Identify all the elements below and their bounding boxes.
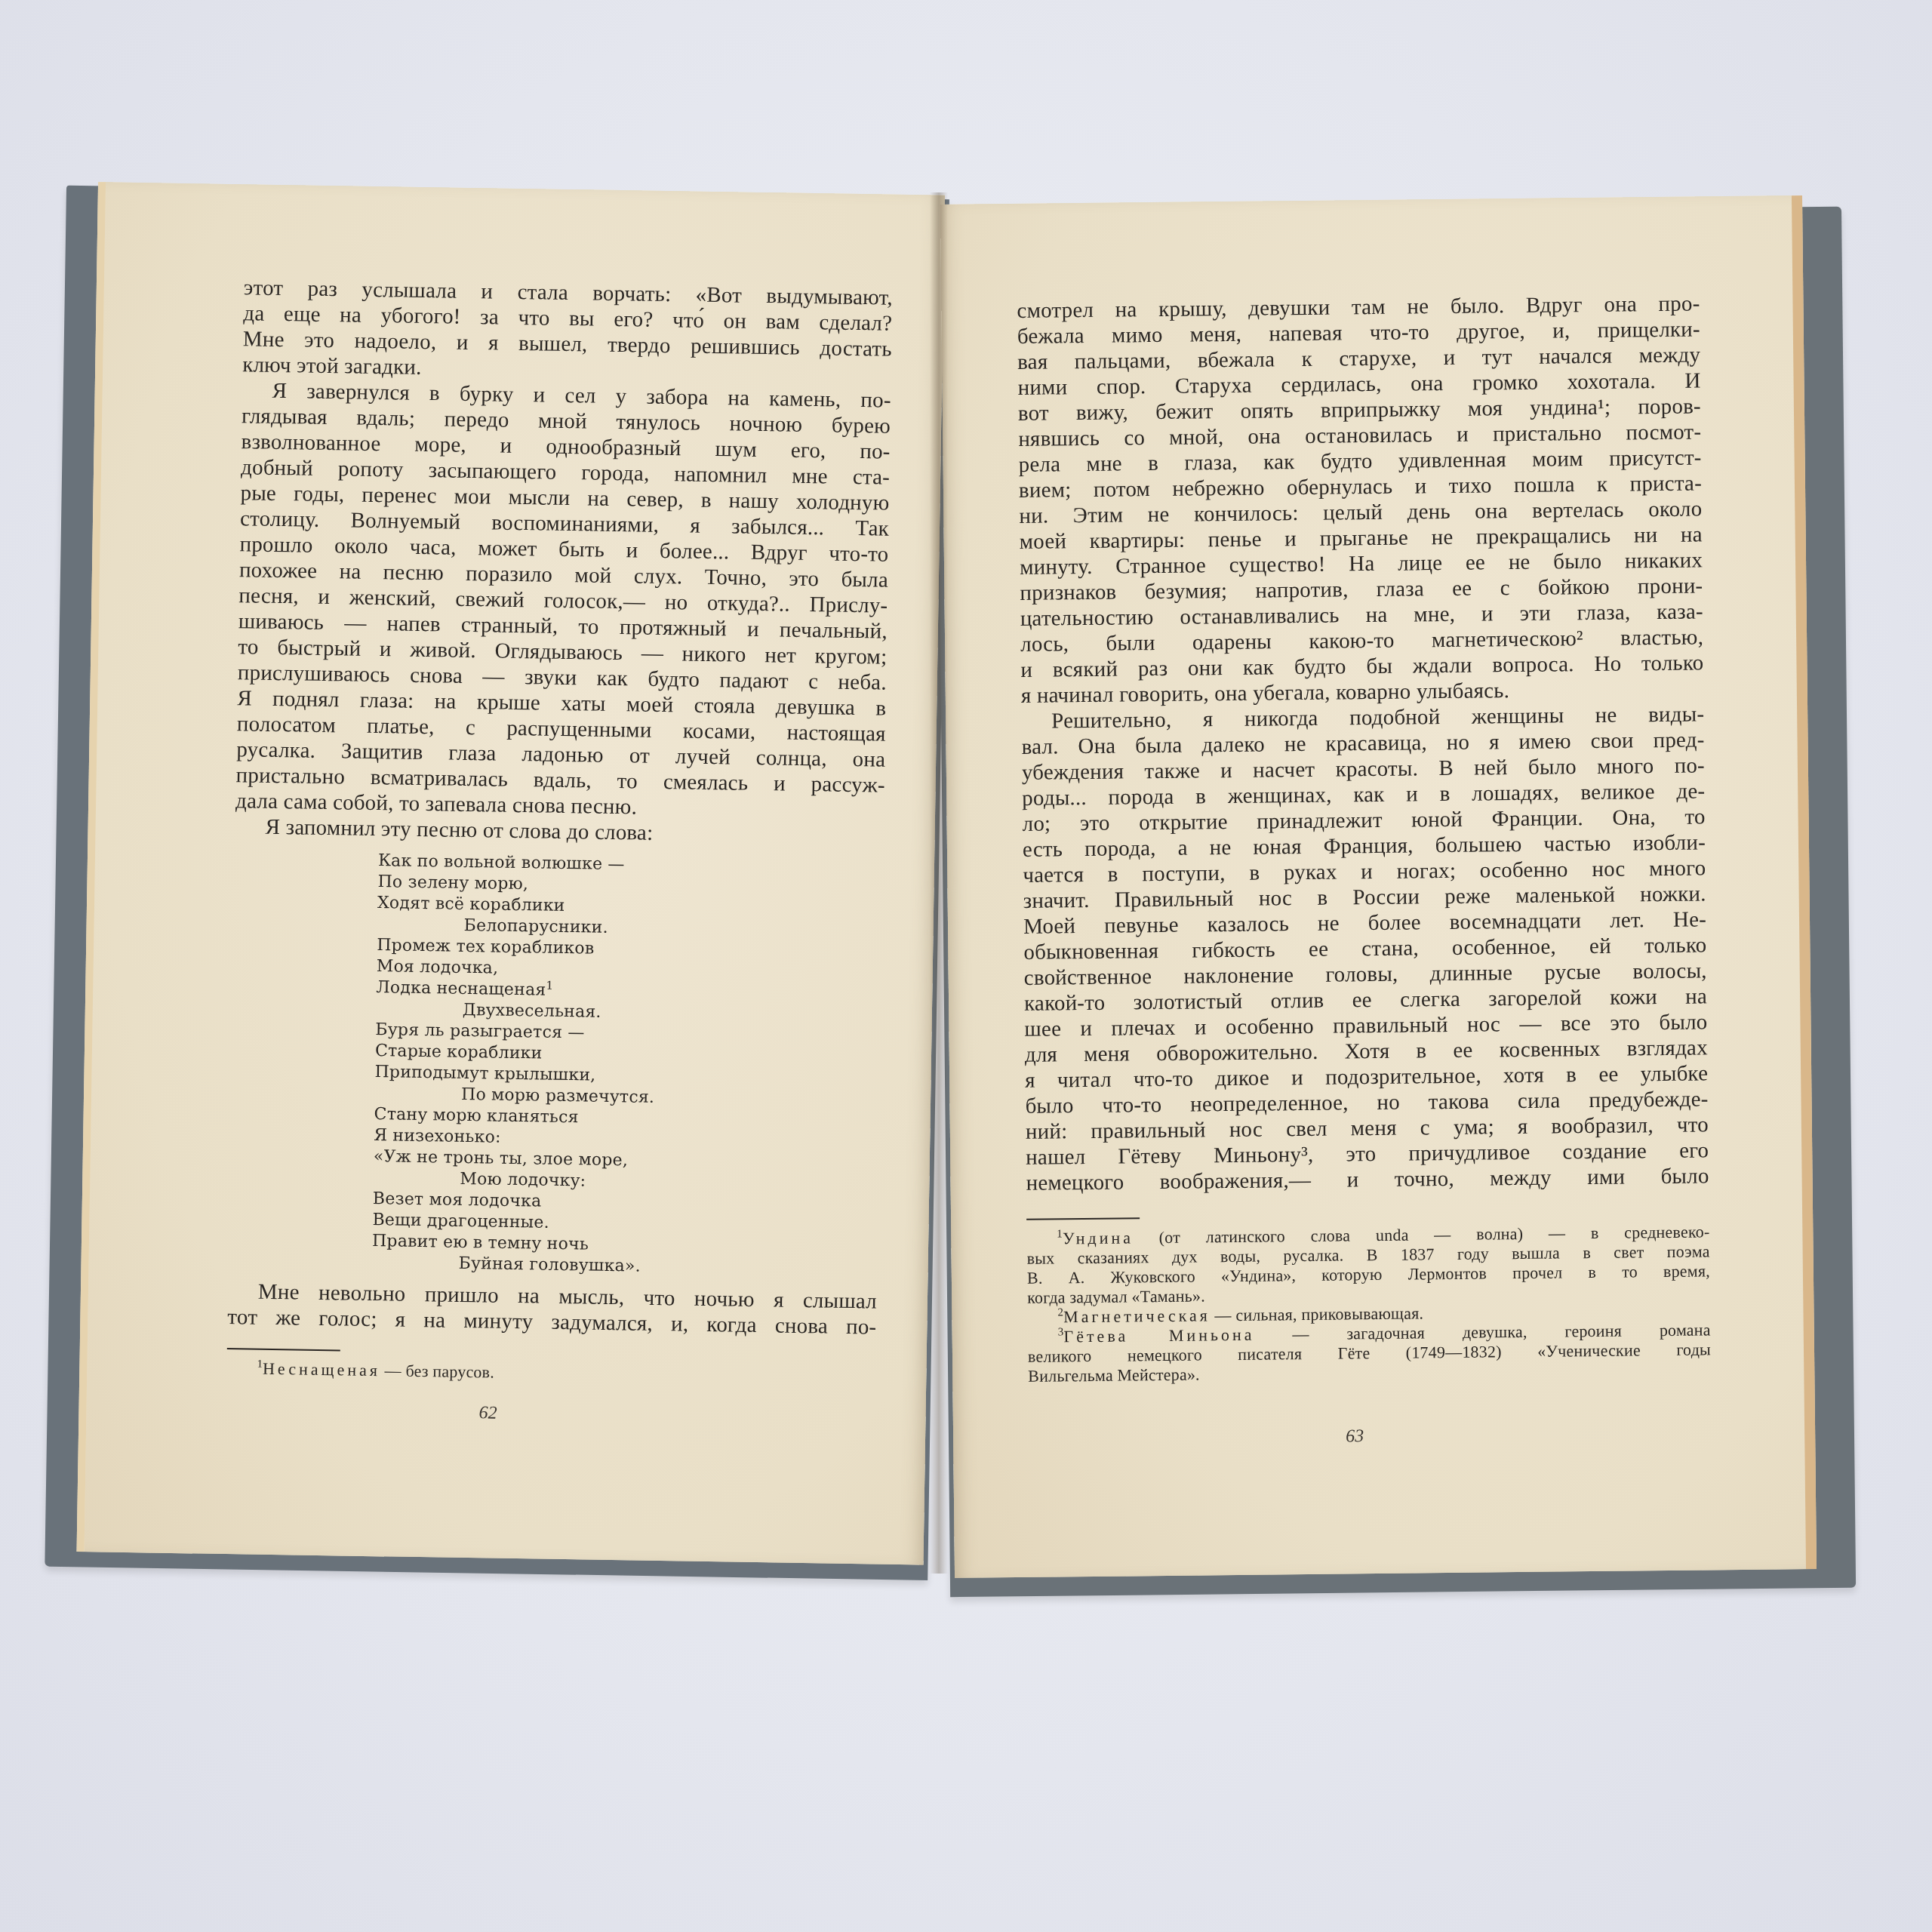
footnote-1: 1Неснащеная — без парусов.	[226, 1358, 875, 1389]
footnote-term: Ундина	[1063, 1228, 1134, 1247]
footnote-3: 3Гётева Миньона — загадочная девушка, ге…	[1028, 1320, 1712, 1386]
footnote-marker: 2	[1057, 1306, 1063, 1318]
right-page-text: смотрел на крышу, девушки там не было. В…	[1017, 291, 1711, 1386]
footnote-term: Гётева Миньона	[1063, 1325, 1254, 1346]
footnote-definition: — без парусов.	[380, 1361, 494, 1381]
footnote-divider	[1026, 1217, 1140, 1220]
page-number-left: 62	[478, 1403, 497, 1423]
footnote-marker: 1	[1057, 1228, 1063, 1240]
footnote-1: 1Ундина (от латинского слова unda — волн…	[1026, 1222, 1710, 1307]
left-page-text: этот раз услышала и стала ворчать: «Вот …	[226, 275, 893, 1388]
footnote-divider	[227, 1348, 340, 1351]
footnote-ref: 1	[546, 979, 553, 992]
left-page: этот раз услышала и стала ворчать: «Вот …	[77, 182, 945, 1564]
song-poem: Как по вольной волюшке — По зелену морю,…	[371, 851, 884, 1281]
footnote-marker: 3	[1058, 1326, 1064, 1338]
poem-line-text: Лодка неснащеная	[376, 978, 546, 1000]
footnote-text: — сильная, приковывающая.	[1211, 1303, 1424, 1324]
book-spine-gutter	[930, 192, 948, 1574]
footnote-term: Неснащеная	[263, 1359, 380, 1380]
footnote-term: Магнетическая	[1063, 1306, 1211, 1326]
page-number-right: 63	[1346, 1426, 1364, 1447]
right-page: смотрел на крышу, девушки там не было. В…	[940, 195, 1817, 1578]
